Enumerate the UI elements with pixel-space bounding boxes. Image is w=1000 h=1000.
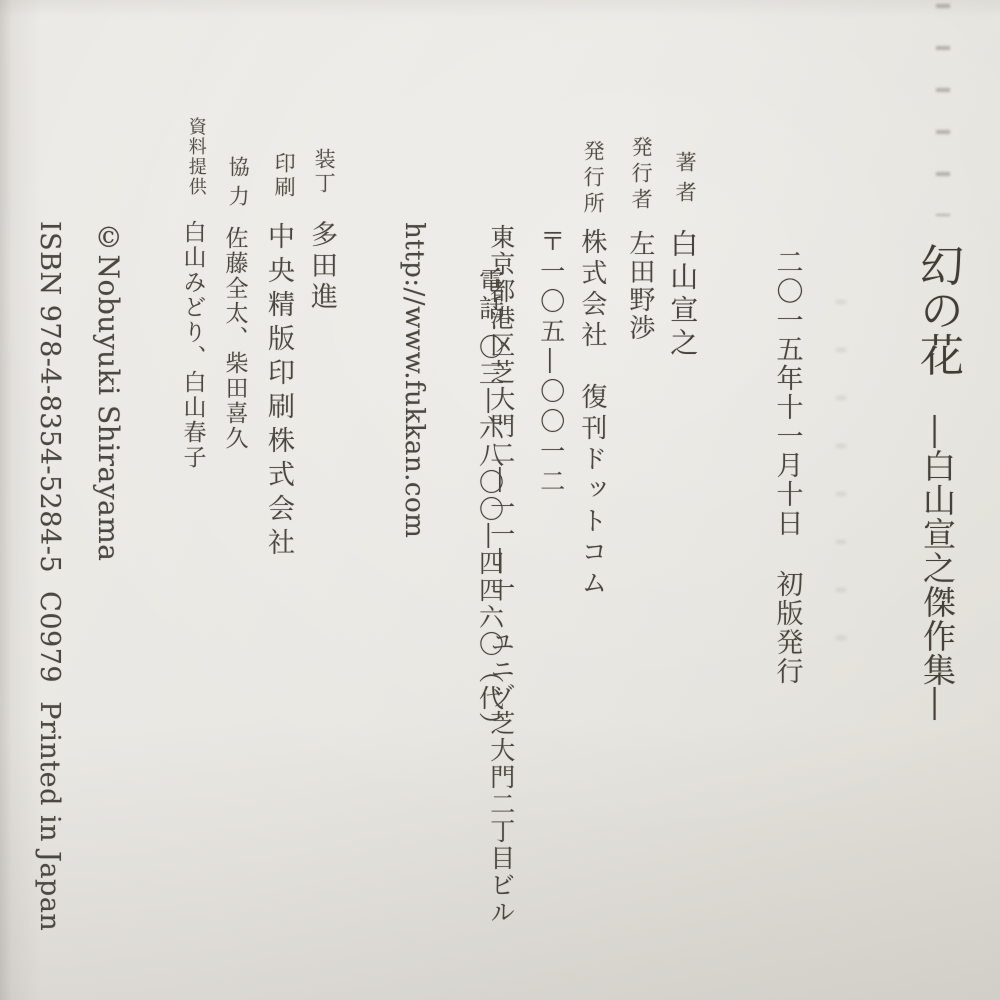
book-subtitle: ―白山宣之傑作集― [918,377,957,721]
edition-note: 初版発行 [771,538,802,686]
design-label: 装丁 [312,148,336,196]
printing-label: 印刷 [272,152,296,200]
publisher-company-label: 発行所 [581,140,605,218]
author-name: 白山宣之 [666,229,698,361]
publisher-person-label: 発行者 [629,136,653,214]
copyright-notice: ©Nobuyuki Shirayama [92,221,124,562]
postal-code: 〒一〇五―〇〇一二 [536,228,565,498]
book-colophon-page: 幻の花―白山宣之傑作集― 二〇一五年十一月十日初版発行 著者 白山宣之 発行者 … [0,0,1000,1000]
phone-column: 電話〇三―六八〇〇―四四六〇（代） [446,228,532,739]
book-title: 幻の花 [912,242,963,377]
phone-label: 電話 [476,268,505,322]
date-column: 二〇一五年十一月十日初版発行 [753,228,821,686]
printing-company-name: 中央精版印刷株式会社 [263,222,294,562]
ghost-ink-marks-mid [836,300,846,680]
publisher-person-name: 左田野渉 [624,230,654,342]
website-url: http://www.fukkan.com [398,222,428,538]
author-label: 著者 [673,151,697,211]
title-column: 幻の花―白山宣之傑作集― [893,222,980,721]
material-provision-label: 資料提供 [185,117,206,197]
phone-number: 〇三―六八〇〇―四四六〇（代） [476,322,505,739]
isbn-line: ISBN 978-4-8354-5284-5 C0979 Printed in … [34,221,65,931]
publisher-company-name: 株式会社 復刊ドットコム [576,228,606,600]
ghost-ink-marks-top [936,4,950,216]
publication-date: 二〇一五年十一月十日 [771,248,802,538]
material-provision-names: 白山みどり、白山春子 [179,220,205,470]
cooperation-label: 協力 [226,156,250,214]
cooperation-names: 佐藤全太、柴田喜久 [221,226,247,451]
designer-name: 多田進 [306,220,337,313]
